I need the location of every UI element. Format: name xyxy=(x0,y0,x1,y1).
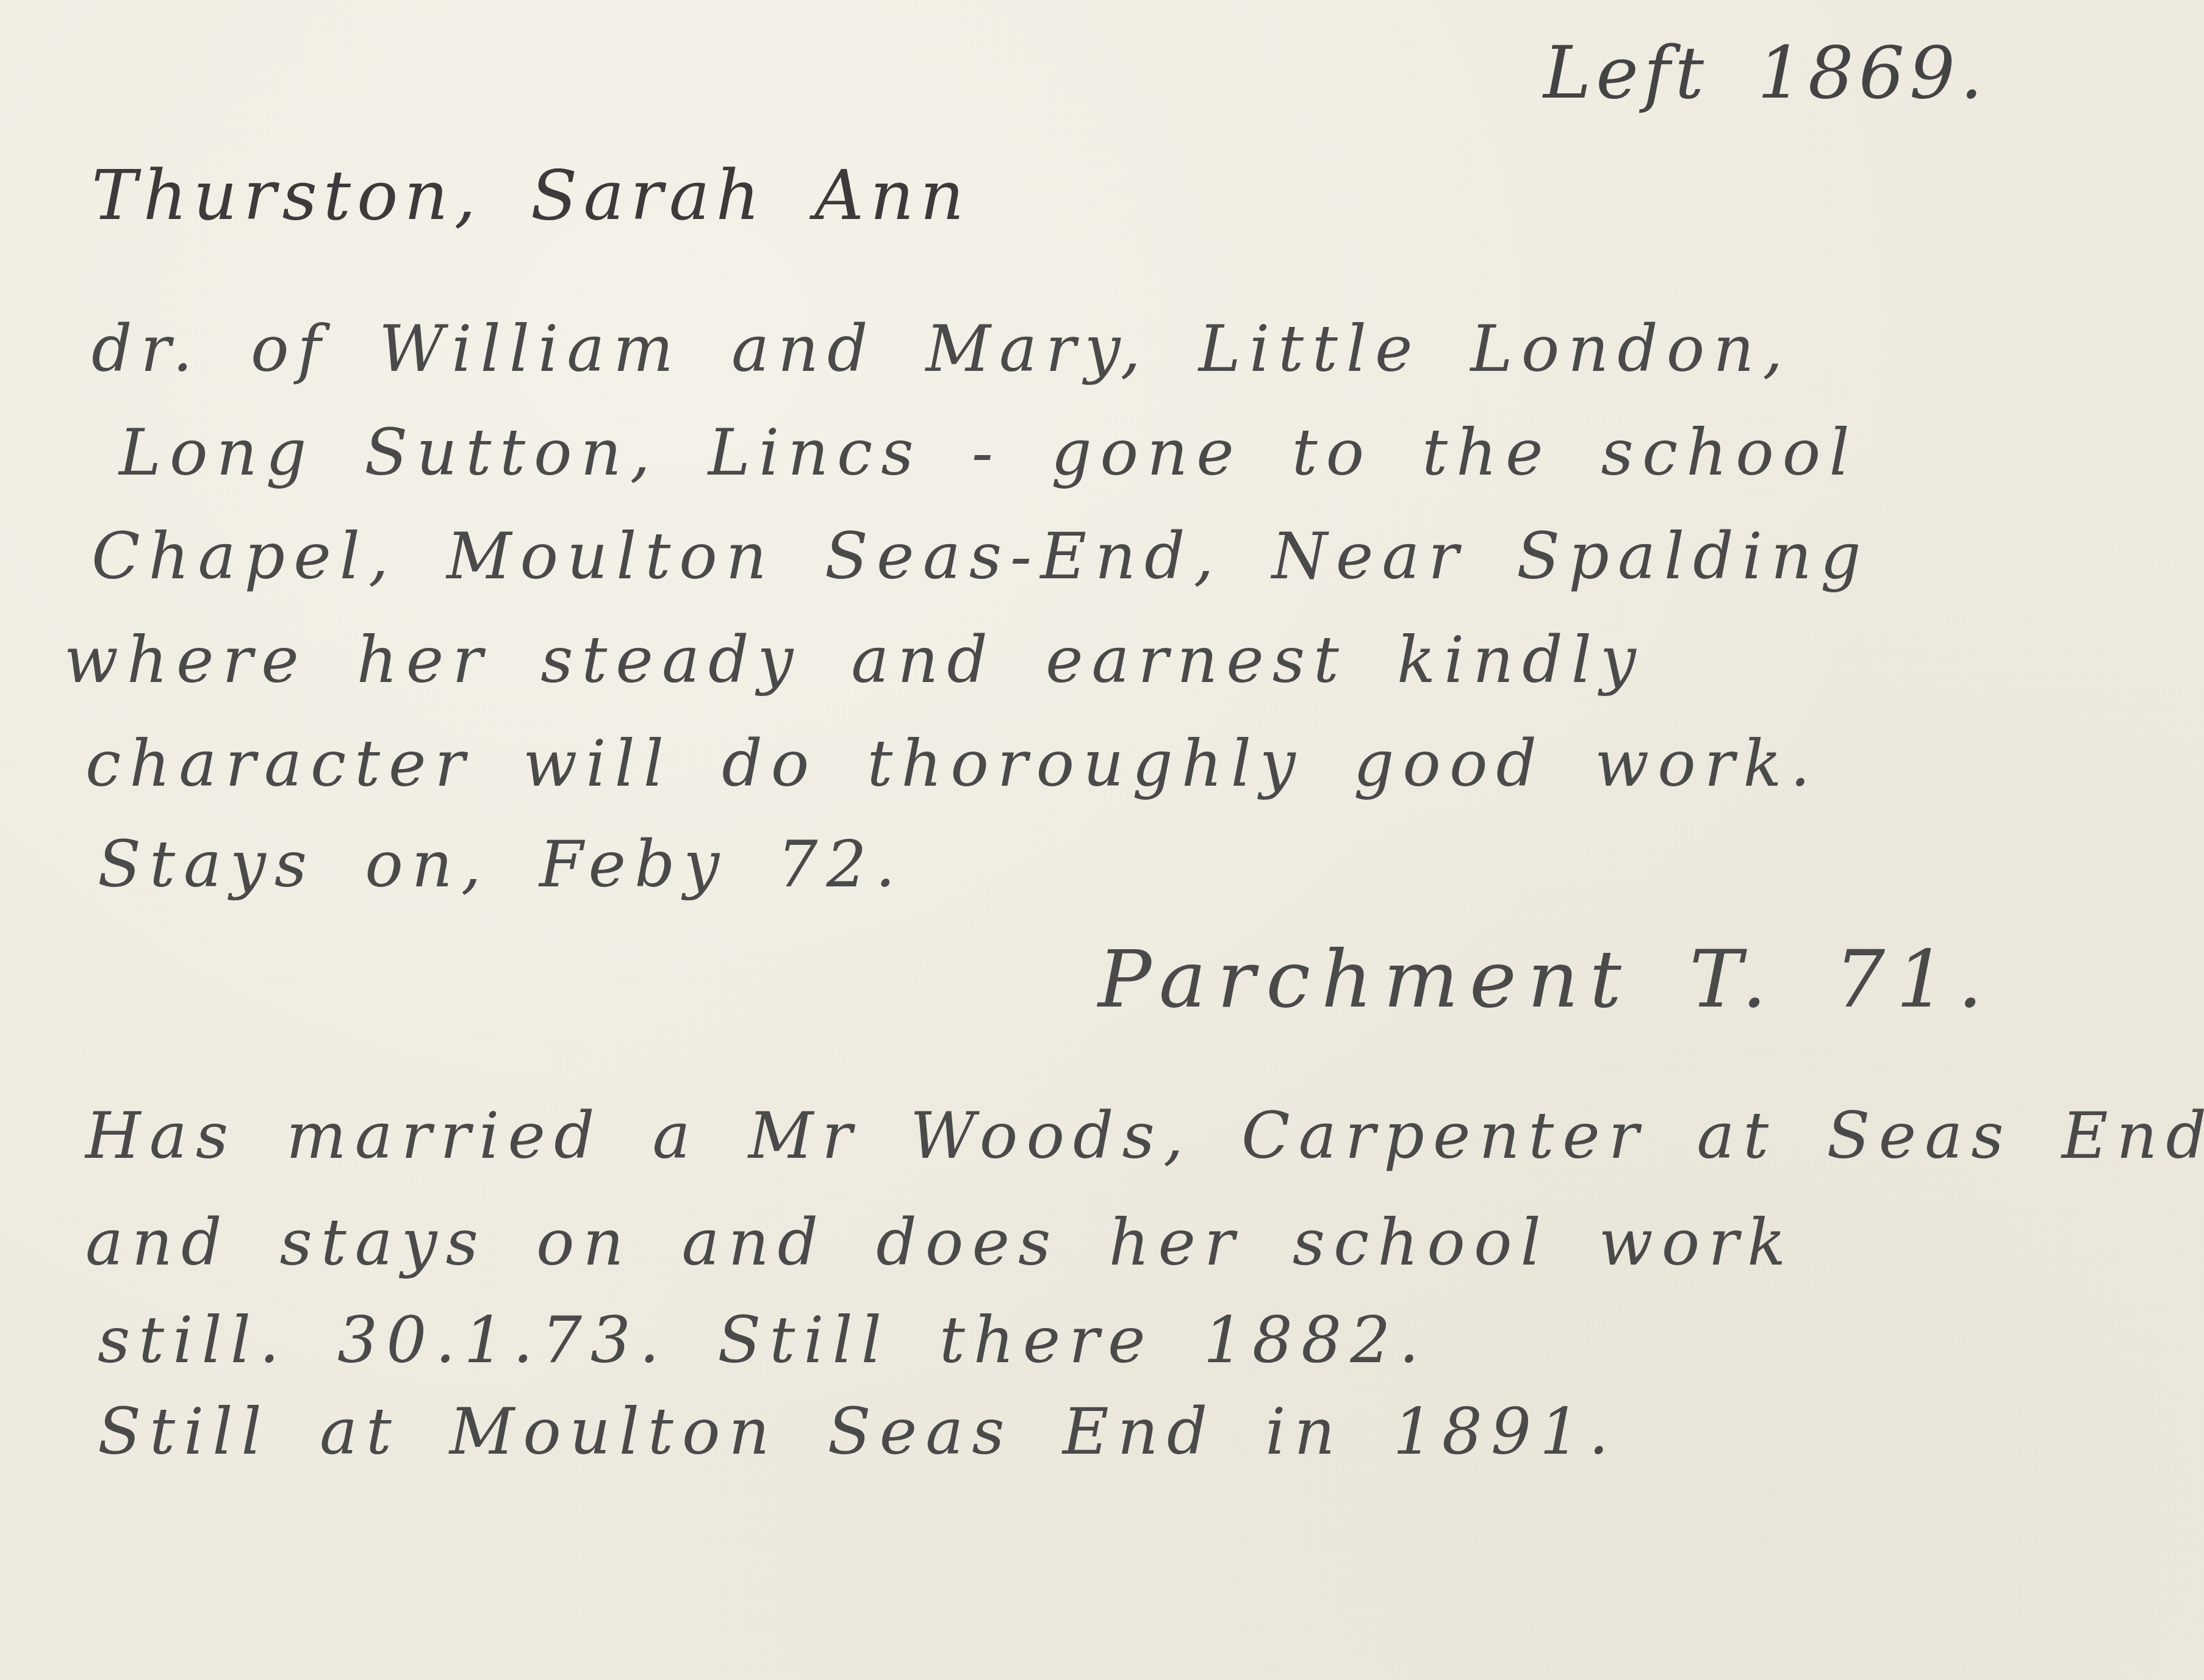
name-heading: Thurston, Sarah Ann xyxy=(92,162,970,230)
manuscript-page: Left 1869. Thurston, Sarah Ann dr. of Wi… xyxy=(0,0,2204,1680)
entry-line-2: Long Sutton, Lincs - gone to the school xyxy=(119,421,1858,484)
later-note-1: Has married a Mr Woods, Carpenter at Sea… xyxy=(85,1104,2204,1168)
entry-line-4: where her steady and earnest kindly xyxy=(64,628,1645,692)
parchment-signoff: Parchment T. 71. xyxy=(1098,939,1994,1019)
entry-line-1: dr. of William and Mary, Little London, xyxy=(92,317,1791,381)
entry-line-6: Stays on, Feby 72. xyxy=(98,833,904,896)
entry-line-5: character will do thoroughly good work. xyxy=(85,732,1819,795)
entry-line-3: Chapel, Moulton Seas-End, Near Spalding xyxy=(92,525,1870,588)
later-note-3: still. 30.1.73. Still there 1882. xyxy=(98,1308,1427,1372)
left-year-note: Left 1869. xyxy=(1543,37,1988,109)
later-note-4: Still at Moulton Seas End in 1891. xyxy=(98,1400,1617,1463)
later-note-2: and stays on and does her school work xyxy=(85,1211,1794,1274)
